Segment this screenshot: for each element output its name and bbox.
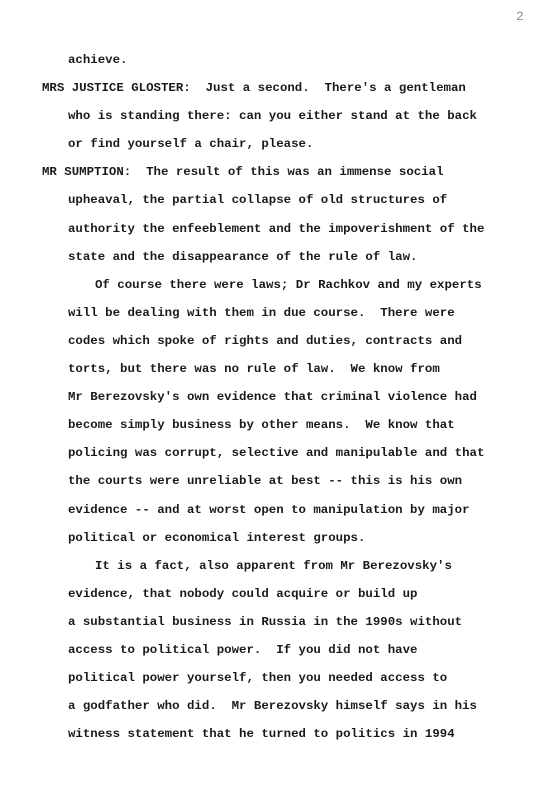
transcript-line: MRS JUSTICE GLOSTER: Just a second. Ther… — [0, 74, 558, 102]
transcript-line: political or economical interest groups. — [0, 524, 558, 552]
transcript-line: a godfather who did. Mr Berezovsky himse… — [0, 692, 558, 720]
transcript-line: evidence -- and at worst open to manipul… — [0, 496, 558, 524]
transcript-line: will be dealing with them in due course.… — [0, 299, 558, 327]
page-number: 2 — [516, 9, 524, 24]
transcript-line: MR SUMPTION: The result of this was an i… — [0, 158, 558, 186]
transcript-line: upheaval, the partial collapse of old st… — [0, 186, 558, 214]
transcript-line: authority the enfeeblement and the impov… — [0, 215, 558, 243]
transcript-line: who is standing there: can you either st… — [0, 102, 558, 130]
transcript-line: access to political power. If you did no… — [0, 636, 558, 664]
transcript-line: state and the disappearance of the rule … — [0, 243, 558, 271]
transcript-line: achieve. — [0, 46, 558, 74]
transcript-line: a substantial business in Russia in the … — [0, 608, 558, 636]
transcript-line: the courts were unreliable at best -- th… — [0, 467, 558, 495]
transcript-line: evidence, that nobody could acquire or b… — [0, 580, 558, 608]
transcript-line: It is a fact, also apparent from Mr Bere… — [0, 552, 558, 580]
transcript-line: witness statement that he turned to poli… — [0, 720, 558, 748]
transcript-line: torts, but there was no rule of law. We … — [0, 355, 558, 383]
transcript-line: political power yourself, then you neede… — [0, 664, 558, 692]
transcript-line: or find yourself a chair, please. — [0, 130, 558, 158]
transcript-line: codes which spoke of rights and duties, … — [0, 327, 558, 355]
transcript-line: policing was corrupt, selective and mani… — [0, 439, 558, 467]
transcript-line: Of course there were laws; Dr Rachkov an… — [0, 271, 558, 299]
transcript-page: 2 achieve.MRS JUSTICE GLOSTER: Just a se… — [0, 0, 558, 789]
transcript-body: achieve.MRS JUSTICE GLOSTER: Just a seco… — [0, 46, 558, 748]
transcript-line: become simply business by other means. W… — [0, 411, 558, 439]
transcript-line: Mr Berezovsky's own evidence that crimin… — [0, 383, 558, 411]
